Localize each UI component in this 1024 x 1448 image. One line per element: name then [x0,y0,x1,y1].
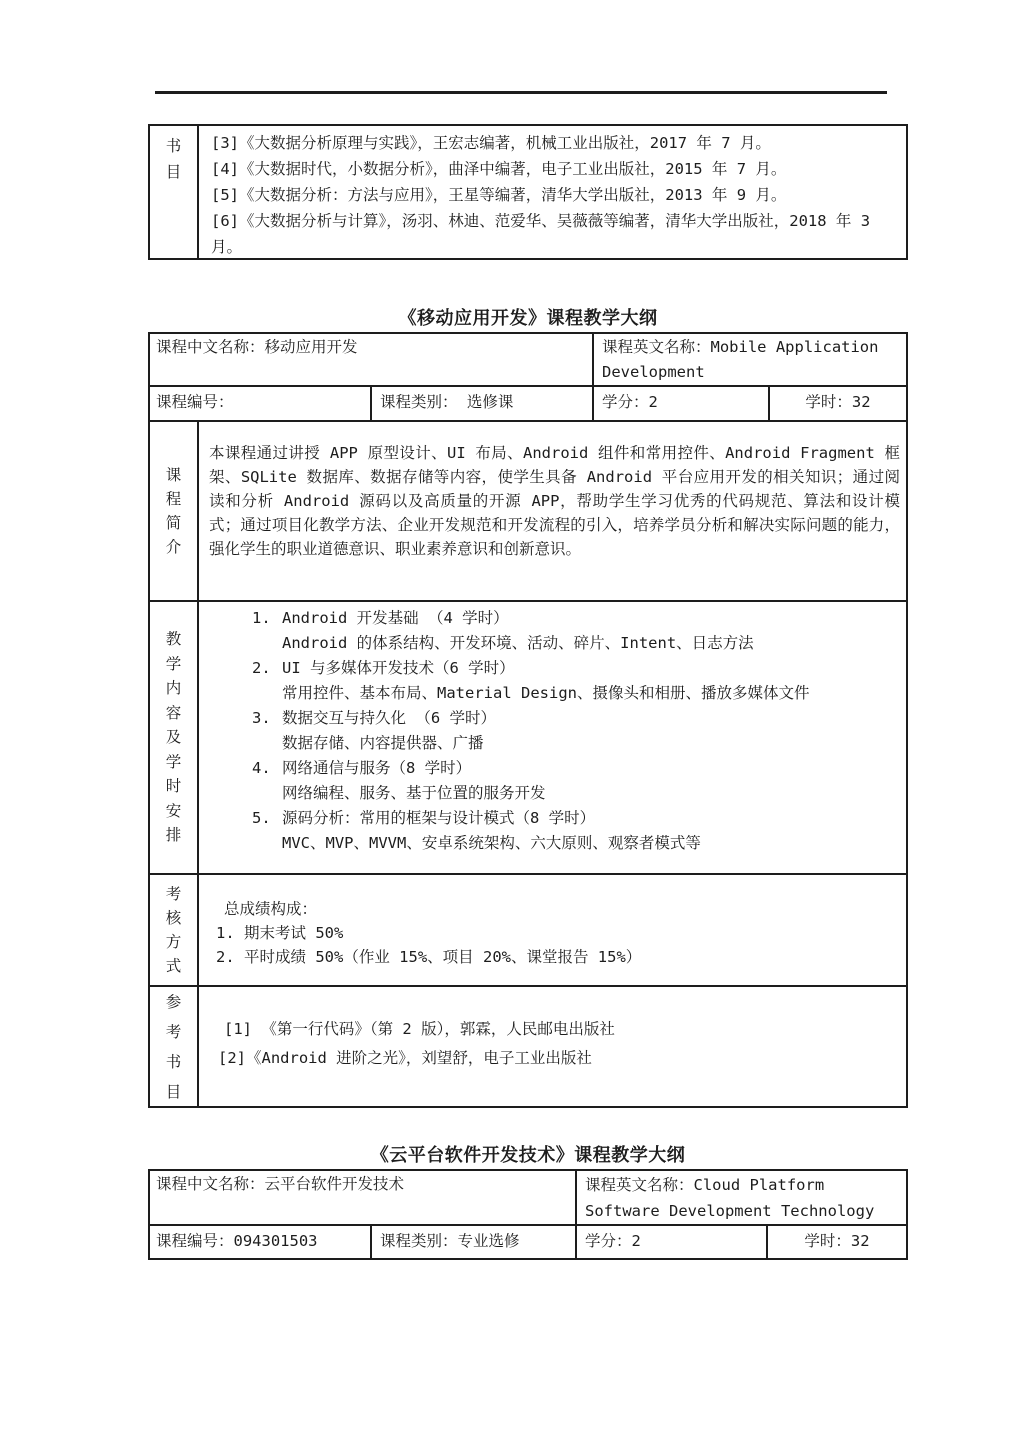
booklist-table: 书目 [3]《大数据分析原理与实践》，王宏志编著，机械工业出版社，2017 年 … [148,124,908,260]
reference-entry: [2]《Android 进阶之光》，刘望舒，电子工业出版社 [218,1044,900,1073]
course1-title: 《移动应用开发》课程教学大纲 [148,304,908,330]
course1-intro-row: 课程简介 本课程通过讲授 APP 原型设计、UI 布局、Android 组件和常… [150,422,906,602]
schedule-item-detail: 常用控件、基本布局、Material Design、摄像头和相册、播放多媒体文件 [282,681,900,706]
course1-references-body: [1] 《第一行代码》（第 2 版），郭霖，人民邮电出版社 [2]《Androi… [199,987,906,1107]
schedule-item-title: Android 开发基础 （4 学时） [282,606,509,631]
course1-intro-label-cell: 课程简介 [150,422,199,600]
course2-title: 《云平台软件开发技术》课程教学大纲 [148,1141,908,1167]
booklist-label: 书目 [165,133,183,185]
booklist-label-cell: 书目 [150,126,199,260]
document-page: 书目 [3]《大数据分析原理与实践》，王宏志编著，机械工业出版社，2017 年 … [0,0,1024,1448]
course1-references-row: 参考书目 [1] 《第一行代码》（第 2 版），郭霖，人民邮电出版社 [2]《A… [150,987,906,1107]
schedule-item-number: 4. [252,756,282,781]
course1-hours-cell: 学时：32 [770,387,906,420]
header-rule [155,91,887,94]
course1-table: 课程中文名称：移动应用开发 课程英文名称：Mobile Application … [148,332,908,1108]
course2-hours-cell: 学时：32 [768,1226,906,1258]
schedule-item-detail: 数据存储、内容提供器、广播 [282,731,900,756]
course2-name-cn-cell: 课程中文名称：云平台软件开发技术 [150,1171,577,1224]
booklist-entry: [4]《大数据时代，小数据分析》，曲泽中编著，电子工业出版社，2015 年 7 … [211,156,872,182]
course2-meta-row: 课程编号：094301503 课程类别：专业选修 学分：2 学时：32 [150,1226,906,1258]
course1-assessment-row: 考核方式 总成绩构成： 1. 期末考试 50% 2. 平时成绩 50%（作业 1… [150,875,906,987]
course2-table: 课程中文名称：云平台软件开发技术 课程英文名称：Cloud Platform S… [148,1169,908,1260]
course1-assessment-label: 考核方式 [165,882,183,978]
assessment-line: 总成绩构成： [224,897,900,921]
course2-code-cell: 课程编号：094301503 [150,1226,372,1258]
course1-credits-cell: 学分：2 [594,387,770,420]
course1-category-cell: 课程类别： 选修课 [372,387,594,420]
course2-name-row: 课程中文名称：云平台软件开发技术 课程英文名称：Cloud Platform S… [150,1171,906,1226]
course1-references-label-cell: 参考书目 [150,987,199,1107]
booklist-entry: [5]《大数据分析：方法与应用》，王星等编著，清华大学出版社，2013 年 9 … [211,182,872,208]
course1-name-row: 课程中文名称：移动应用开发 课程英文名称：Mobile Application … [150,334,906,387]
course1-schedule-label: 教学内容及学时安排 [165,627,183,848]
schedule-item-number: 2. [252,656,282,681]
course1-meta-row: 课程编号： 课程类别： 选修课 学分：2 学时：32 [150,387,906,422]
course1-schedule-body: 1. Android 开发基础 （4 学时） Android 的体系结构、开发环… [199,602,906,873]
schedule-item: 4. 网络通信与服务（8 学时） [252,756,900,781]
schedule-item: 2. UI 与多媒体开发技术（6 学时） [252,656,900,681]
schedule-item-number: 5. [252,806,282,831]
course2-name-en-cell: 课程英文名称：Cloud Platform Software Developme… [577,1171,906,1224]
course1-name-en-cell: 课程英文名称：Mobile Application Development [594,334,906,385]
schedule-item-detail: MVC、MVP、MVVM、安卓系统架构、六大原则、观察者模式等 [282,831,900,856]
reference-entry: [1] 《第一行代码》（第 2 版），郭霖，人民邮电出版社 [224,1015,900,1044]
assessment-line: 2. 平时成绩 50%（作业 15%、项目 20%、课堂报告 15%） [216,945,900,969]
course2-credits-cell: 学分：2 [577,1226,768,1258]
schedule-item: 1. Android 开发基础 （4 学时） [252,606,900,631]
course1-assessment-body: 总成绩构成： 1. 期末考试 50% 2. 平时成绩 50%（作业 15%、项目… [199,875,906,985]
schedule-item: 5. 源码分析：常用的框架与设计模式（8 学时） [252,806,900,831]
schedule-item-detail: 网络编程、服务、基于位置的服务开发 [282,781,900,806]
schedule-item-number: 3. [252,706,282,731]
course1-schedule-row: 教学内容及学时安排 1. Android 开发基础 （4 学时） Android… [150,602,906,875]
course1-name-cn-cell: 课程中文名称：移动应用开发 [150,334,594,385]
booklist-entry: [3]《大数据分析原理与实践》，王宏志编著，机械工业出版社，2017 年 7 月… [211,130,872,156]
booklist-row: 书目 [3]《大数据分析原理与实践》，王宏志编著，机械工业出版社，2017 年 … [150,126,906,260]
course2-category-cell: 课程类别：专业选修 [372,1226,577,1258]
course1-intro-text: 本课程通过讲授 APP 原型设计、UI 布局、Android 组件和常用控件、A… [199,422,906,600]
booklist-body-cell: [3]《大数据分析原理与实践》，王宏志编著，机械工业出版社，2017 年 7 月… [199,126,906,260]
course1-intro-label: 课程简介 [165,463,183,559]
assessment-line: 1. 期末考试 50% [216,921,900,945]
course1-references-label: 参考书目 [165,987,183,1107]
schedule-item-title: 网络通信与服务（8 学时） [282,756,471,781]
schedule-item-title: 数据交互与持久化 （6 学时） [282,706,496,731]
course1-assessment-label-cell: 考核方式 [150,875,199,985]
schedule-item-title: UI 与多媒体开发技术（6 学时） [282,656,515,681]
schedule-item-detail: Android 的体系结构、开发环境、活动、碎片、Intent、日志方法 [282,631,900,656]
schedule-item-title: 源码分析：常用的框架与设计模式（8 学时） [282,806,595,831]
schedule-item-number: 1. [252,606,282,631]
booklist-entry: [6]《大数据分析与计算》，汤羽、林迪、范爱华、吴薇薇等编著，清华大学出版社，2… [211,208,872,260]
schedule-item: 3. 数据交互与持久化 （6 学时） [252,706,900,731]
course1-schedule-label-cell: 教学内容及学时安排 [150,602,199,873]
course1-code-cell: 课程编号： [150,387,372,420]
